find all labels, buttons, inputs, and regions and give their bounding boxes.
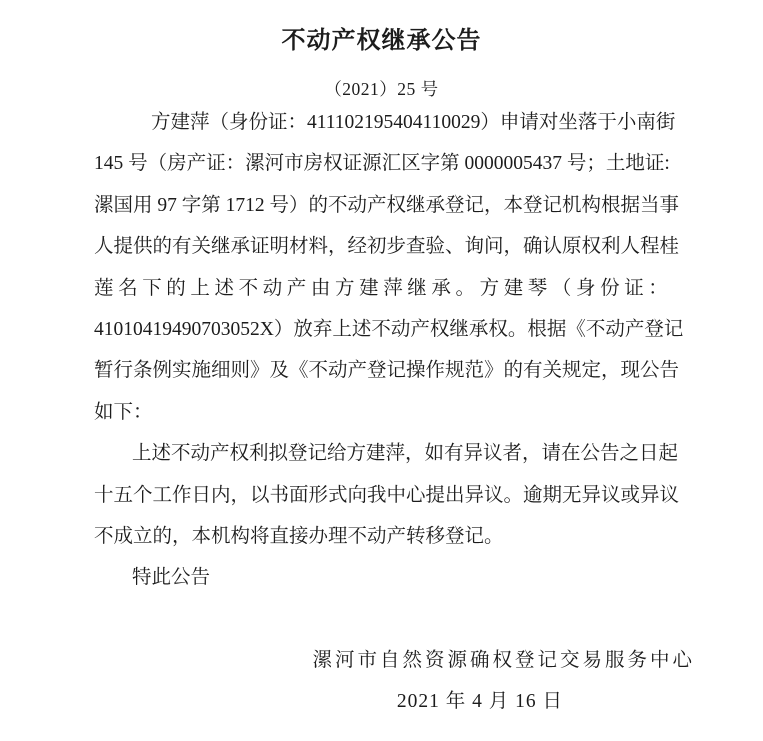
- document-page: 不动产权继承公告 （2021）25 号 方建萍（身份证：411102195404…: [0, 0, 763, 741]
- document-title: 不动产权继承公告: [0, 24, 763, 58]
- body-line: 人提供的有关继承证明材料，经初步查验、询问，确认原权利人程桂: [94, 226, 662, 267]
- issuer-signature: 漯河市自然资源确权登记交易服务中心: [0, 640, 763, 681]
- body-line: 漯国用 97 字第 1712 号）的不动产权继承登记，本登记机构根据当事: [94, 185, 662, 226]
- body-line: 特此公告: [94, 557, 662, 598]
- body-line: 暂行条例实施细则》及《不动产登记操作规范》的有关规定，现公告: [94, 350, 662, 391]
- body-line: 十五个工作日内，以书面形式向我中心提出异议。逾期无异议或异议: [94, 475, 662, 516]
- issue-date: 2021 年 4 月 16 日: [0, 681, 763, 722]
- body-line: 41010419490703052X）放弃上述不动产权继承权。根据《不动产登记: [94, 309, 662, 350]
- body-line: 不成立的，本机构将直接办理不动产转移登记。: [94, 516, 662, 557]
- body-line: 上述不动产权利拟登记给方建萍，如有异议者，请在公告之日起: [94, 433, 662, 474]
- body-line: 145 号（房产证：漯河市房权证源汇区字第 0000005437 号；土地证:: [94, 143, 662, 184]
- body-line: 方建萍（身份证：411102195404110029）申请对坐落于小南街: [94, 102, 662, 143]
- body-line: 如下：: [94, 392, 662, 433]
- document-body: 方建萍（身份证：411102195404110029）申请对坐落于小南街 145…: [94, 102, 662, 599]
- document-number: （2021）25 号: [0, 76, 763, 102]
- body-line: 莲名下的上述不动产由方建萍继承。方建琴（身份证：: [94, 268, 662, 309]
